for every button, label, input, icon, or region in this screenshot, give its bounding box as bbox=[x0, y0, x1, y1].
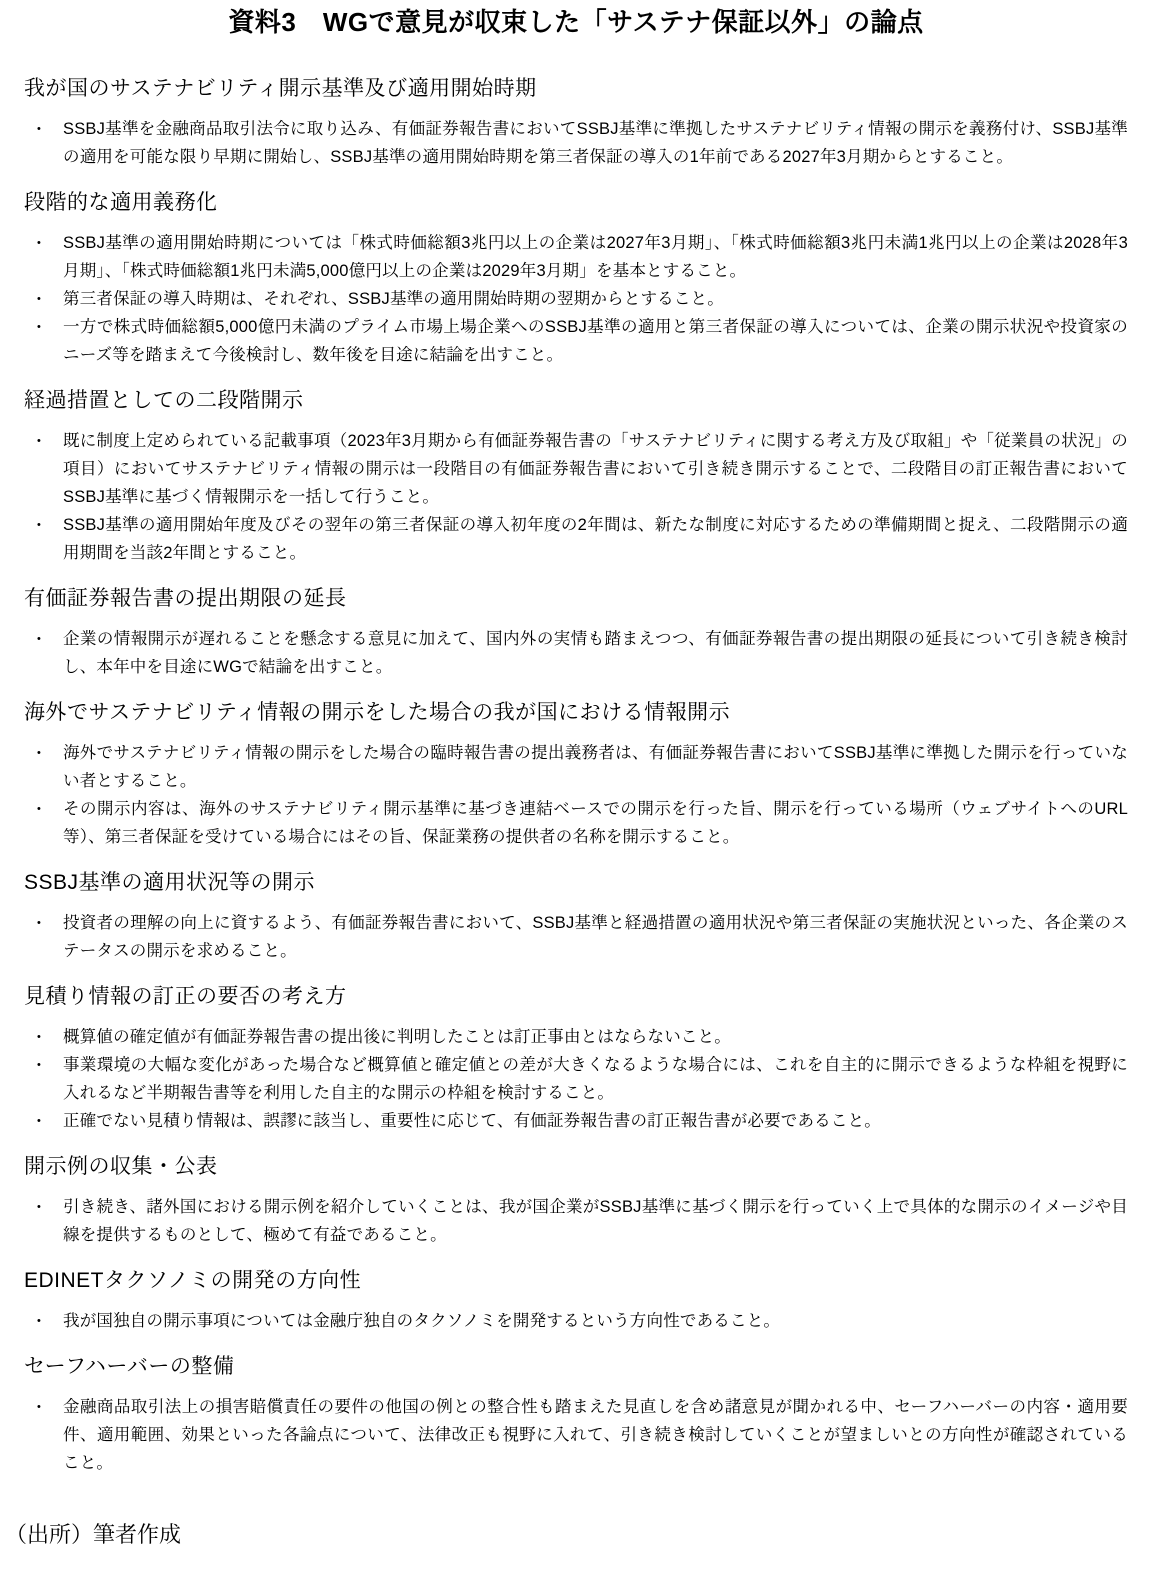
bullet-text: 企業の情報開示が遅れることを懸念する意見に加えて、国内外の実情も踏まえつつ、有価… bbox=[63, 625, 1128, 681]
bullet-icon: • bbox=[37, 625, 63, 653]
page-title: 資料3 WGで意見が収束した「サステナ保証以外」の論点 bbox=[24, 6, 1128, 39]
bullet-text: 一方で株式時価総額5,000億円未満のプライム市場上場企業へのSSBJ基準の適用… bbox=[63, 313, 1128, 369]
bullet-text: 金融商品取引法上の損害賠償責任の要件の他国の例との整合性も踏まえた見直しを含め諸… bbox=[63, 1393, 1128, 1477]
bullet-text: その開示内容は、海外のサステナビリティ開示基準に基づき連結ベースでの開示を行った… bbox=[63, 795, 1128, 851]
bullet-list: • SSBJ基準の適用開始時期については「株式時価総額3兆円以上の企業は2027… bbox=[24, 229, 1128, 369]
bullet-icon: • bbox=[37, 427, 63, 455]
bullet-icon: • bbox=[37, 313, 63, 341]
section-heading: 開示例の収集・公表 bbox=[24, 1153, 1128, 1181]
list-item: • 企業の情報開示が遅れることを懸念する意見に加えて、国内外の実情も踏まえつつ、… bbox=[24, 625, 1128, 681]
bullet-text: 海外でサステナビリティ情報の開示をした場合の臨時報告書の提出義務者は、有価証券報… bbox=[63, 739, 1128, 795]
section-heading: セーフハーバーの整備 bbox=[24, 1353, 1128, 1381]
bullet-text: 概算値の確定値が有価証券報告書の提出後に判明したことは訂正事由とはならないこと。 bbox=[63, 1023, 1128, 1051]
section-ssbj-application-status: SSBJ基準の適用状況等の開示 • 投資者の理解の向上に資するよう、有価証券報告… bbox=[24, 869, 1128, 965]
section-safe-harbor: セーフハーバーの整備 • 金融商品取引法上の損害賠償責任の要件の他国の例との整合… bbox=[24, 1353, 1128, 1477]
document-page: 資料3 WGで意見が収束した「サステナ保証以外」の論点 我が国のサステナビリティ… bbox=[0, 0, 1168, 1590]
section-domestic-standards: 我が国のサステナビリティ開示基準及び適用開始時期 • SSBJ基準を金融商品取引… bbox=[24, 75, 1128, 171]
bullet-list: • 既に制度上定められている記載事項（2023年3月期から有価証券報告書の「サス… bbox=[24, 427, 1128, 567]
section-phased-application: 段階的な適用義務化 • SSBJ基準の適用開始時期については「株式時価総額3兆円… bbox=[24, 189, 1128, 369]
bullet-icon: • bbox=[37, 1051, 63, 1079]
section-heading: SSBJ基準の適用状況等の開示 bbox=[24, 869, 1128, 897]
section-filing-deadline-extension: 有価証券報告書の提出期限の延長 • 企業の情報開示が遅れることを懸念する意見に加… bbox=[24, 585, 1128, 681]
section-heading: 有価証券報告書の提出期限の延長 bbox=[24, 585, 1128, 613]
bullet-icon: • bbox=[37, 1393, 63, 1421]
bullet-text: SSBJ基準の適用開始時期については「株式時価総額3兆円以上の企業は2027年3… bbox=[63, 229, 1128, 285]
list-item: • 投資者の理解の向上に資するよう、有価証券報告書において、SSBJ基準と経過措… bbox=[24, 909, 1128, 965]
bullet-text: 事業環境の大幅な変化があった場合など概算値と確定値との差が大きくなるような場合に… bbox=[63, 1051, 1128, 1107]
section-heading: 経過措置としての二段階開示 bbox=[24, 387, 1128, 415]
list-item: • 概算値の確定値が有価証券報告書の提出後に判明したことは訂正事由とはならないこ… bbox=[24, 1023, 1128, 1051]
list-item: • 海外でサステナビリティ情報の開示をした場合の臨時報告書の提出義務者は、有価証… bbox=[24, 739, 1128, 795]
bullet-icon: • bbox=[37, 115, 63, 143]
section-edinet-taxonomy: EDINETタクソノミの開発の方向性 • 我が国独自の開示事項については金融庁独… bbox=[24, 1267, 1128, 1335]
list-item: • 我が国独自の開示事項については金融庁独自のタクソノミを開発するという方向性で… bbox=[24, 1307, 1128, 1335]
bullet-icon: • bbox=[37, 1023, 63, 1051]
bullet-text: SSBJ基準を金融商品取引法令に取り込み、有価証券報告書においてSSBJ基準に準… bbox=[63, 115, 1128, 171]
list-item: • 一方で株式時価総額5,000億円未満のプライム市場上場企業へのSSBJ基準の… bbox=[24, 313, 1128, 369]
list-item: • 第三者保証の導入時期は、それぞれ、SSBJ基準の適用開始時期の翌期からとする… bbox=[24, 285, 1128, 313]
section-overseas-disclosure: 海外でサステナビリティ情報の開示をした場合の我が国における情報開示 • 海外でサ… bbox=[24, 699, 1128, 851]
bullet-text: 正確でない見積り情報は、誤謬に該当し、重要性に応じて、有価証券報告書の訂正報告書… bbox=[63, 1107, 1128, 1135]
list-item: • SSBJ基準を金融商品取引法令に取り込み、有価証券報告書においてSSBJ基準… bbox=[24, 115, 1128, 171]
list-item: • 引き続き、諸外国における開示例を紹介していくことは、我が国企業がSSBJ基準… bbox=[24, 1193, 1128, 1249]
bullet-list: • 金融商品取引法上の損害賠償責任の要件の他国の例との整合性も踏まえた見直しを含… bbox=[24, 1393, 1128, 1477]
bullet-icon: • bbox=[37, 1193, 63, 1221]
list-item: • 金融商品取引法上の損害賠償責任の要件の他国の例との整合性も踏まえた見直しを含… bbox=[24, 1393, 1128, 1477]
list-item: • その開示内容は、海外のサステナビリティ開示基準に基づき連結ベースでの開示を行… bbox=[24, 795, 1128, 851]
bullet-text: SSBJ基準の適用開始年度及びその翌年の第三者保証の導入初年度の2年間は、新たな… bbox=[63, 511, 1128, 567]
section-disclosure-examples: 開示例の収集・公表 • 引き続き、諸外国における開示例を紹介していくことは、我が… bbox=[24, 1153, 1128, 1249]
bullet-text: 引き続き、諸外国における開示例を紹介していくことは、我が国企業がSSBJ基準に基… bbox=[63, 1193, 1128, 1249]
bullet-icon: • bbox=[37, 1307, 63, 1335]
bullet-list: • 概算値の確定値が有価証券報告書の提出後に判明したことは訂正事由とはならないこ… bbox=[24, 1023, 1128, 1135]
bullet-icon: • bbox=[37, 909, 63, 937]
bullet-text: 投資者の理解の向上に資するよう、有価証券報告書において、SSBJ基準と経過措置の… bbox=[63, 909, 1128, 965]
bullet-list: • 海外でサステナビリティ情報の開示をした場合の臨時報告書の提出義務者は、有価証… bbox=[24, 739, 1128, 851]
list-item: • 事業環境の大幅な変化があった場合など概算値と確定値との差が大きくなるような場… bbox=[24, 1051, 1128, 1107]
list-item: • SSBJ基準の適用開始年度及びその翌年の第三者保証の導入初年度の2年間は、新… bbox=[24, 511, 1128, 567]
section-heading: 我が国のサステナビリティ開示基準及び適用開始時期 bbox=[24, 75, 1128, 103]
bullet-text: 我が国独自の開示事項については金融庁独自のタクソノミを開発するという方向性である… bbox=[63, 1307, 1128, 1335]
list-item: • 正確でない見積り情報は、誤謬に該当し、重要性に応じて、有価証券報告書の訂正報… bbox=[24, 1107, 1128, 1135]
bullet-list: • 投資者の理解の向上に資するよう、有価証券報告書において、SSBJ基準と経過措… bbox=[24, 909, 1128, 965]
bullet-icon: • bbox=[37, 285, 63, 313]
section-heading: EDINETタクソノミの開発の方向性 bbox=[24, 1267, 1128, 1295]
bullet-list: • 引き続き、諸外国における開示例を紹介していくことは、我が国企業がSSBJ基準… bbox=[24, 1193, 1128, 1249]
bullet-icon: • bbox=[37, 1107, 63, 1135]
section-heading: 段階的な適用義務化 bbox=[24, 189, 1128, 217]
section-heading: 見積り情報の訂正の要否の考え方 bbox=[24, 983, 1128, 1011]
bullet-list: • 企業の情報開示が遅れることを懸念する意見に加えて、国内外の実情も踏まえつつ、… bbox=[24, 625, 1128, 681]
bullet-list: • SSBJ基準を金融商品取引法令に取り込み、有価証券報告書においてSSBJ基準… bbox=[24, 115, 1128, 171]
bullet-text: 第三者保証の導入時期は、それぞれ、SSBJ基準の適用開始時期の翌期からとすること… bbox=[63, 285, 1128, 313]
source-note: （出所）筆者作成 bbox=[5, 1521, 1128, 1550]
section-estimate-correction: 見積り情報の訂正の要否の考え方 • 概算値の確定値が有価証券報告書の提出後に判明… bbox=[24, 983, 1128, 1135]
bullet-icon: • bbox=[37, 229, 63, 257]
list-item: • SSBJ基準の適用開始時期については「株式時価総額3兆円以上の企業は2027… bbox=[24, 229, 1128, 285]
bullet-icon: • bbox=[37, 795, 63, 823]
section-two-step-disclosure: 経過措置としての二段階開示 • 既に制度上定められている記載事項（2023年3月… bbox=[24, 387, 1128, 567]
list-item: • 既に制度上定められている記載事項（2023年3月期から有価証券報告書の「サス… bbox=[24, 427, 1128, 511]
bullet-text: 既に制度上定められている記載事項（2023年3月期から有価証券報告書の「サステナ… bbox=[63, 427, 1128, 511]
section-heading: 海外でサステナビリティ情報の開示をした場合の我が国における情報開示 bbox=[24, 699, 1128, 727]
bullet-icon: • bbox=[37, 739, 63, 767]
bullet-icon: • bbox=[37, 511, 63, 539]
bullet-list: • 我が国独自の開示事項については金融庁独自のタクソノミを開発するという方向性で… bbox=[24, 1307, 1128, 1335]
